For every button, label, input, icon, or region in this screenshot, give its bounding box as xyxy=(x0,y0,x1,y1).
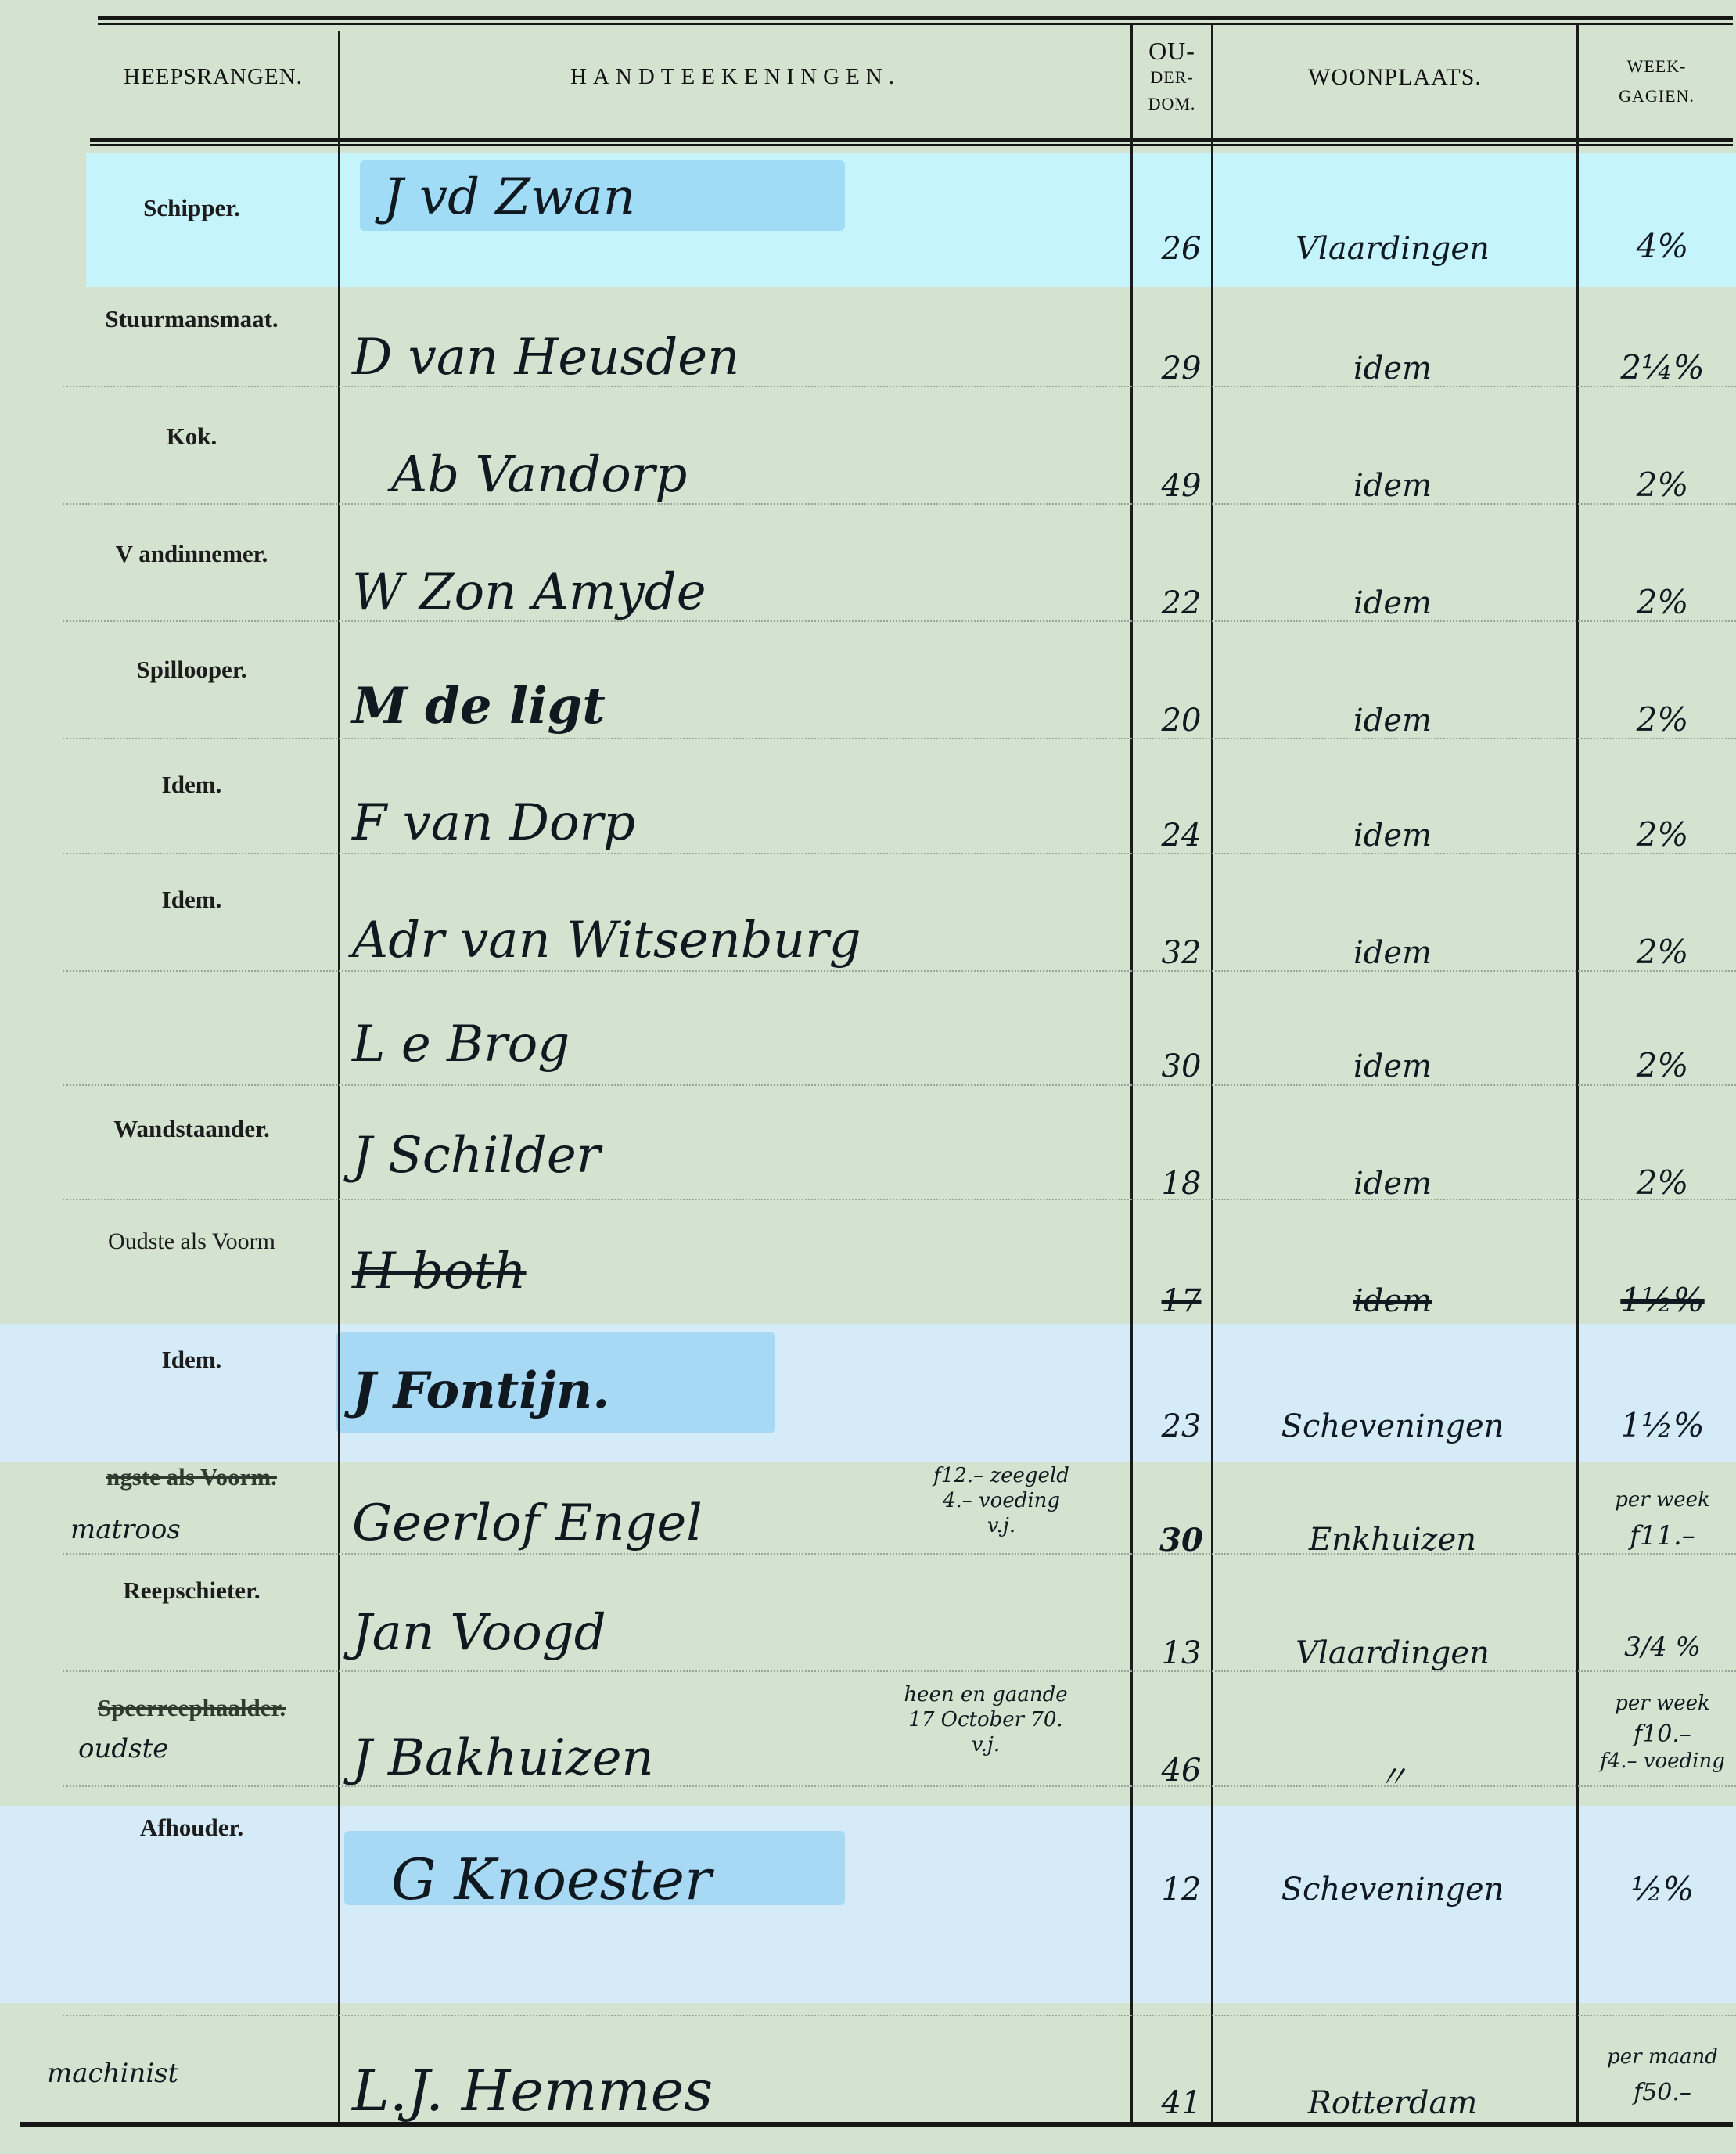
signature-cell: Ab Vandorp xyxy=(391,446,687,504)
rank-cell: V andinnemer. xyxy=(63,540,321,568)
wage-cell: 1½% xyxy=(1588,1406,1736,1444)
age-cell-struck: 17 xyxy=(1138,1283,1224,1319)
wage-cell: 2% xyxy=(1588,583,1736,621)
wage-line: f11.– xyxy=(1588,1523,1736,1549)
signature-cell: W Zon Amyde xyxy=(352,563,706,621)
rank-cell: Kok. xyxy=(63,423,321,451)
header-wage-line2: GAGIEN. xyxy=(1580,81,1733,111)
bottom-rule xyxy=(20,2122,1733,2127)
wage-cell: ½% xyxy=(1588,1870,1736,1908)
row-separator xyxy=(63,1084,1736,1086)
age-cell: 30 xyxy=(1138,1048,1224,1084)
residence-cell: idem xyxy=(1220,935,1565,971)
header-age-line2: DER- xyxy=(1133,64,1211,91)
wage-cell: 2% xyxy=(1588,933,1736,971)
row-highlight-schipper xyxy=(86,153,1736,287)
age-cell: 24 xyxy=(1138,818,1224,854)
age-cell: 26 xyxy=(1138,231,1224,267)
signature-cell: J Fontijn. xyxy=(352,1361,610,1420)
residence-cell: idem xyxy=(1220,703,1565,739)
wage-cell-struck: 1½% xyxy=(1588,1281,1736,1319)
age-cell: 49 xyxy=(1138,468,1224,504)
signature-note: heen en gaande17 October 70.v.j. xyxy=(868,1682,1103,1757)
top-rule xyxy=(98,16,1733,20)
rank-cell-struck: Speerreephaalder. xyxy=(63,1694,321,1722)
age-cell: 13 xyxy=(1138,1635,1224,1671)
residence-cell: idem xyxy=(1220,585,1565,621)
wage-cell: 2% xyxy=(1588,1046,1736,1084)
wage-cell: 3/4 % xyxy=(1588,1631,1736,1663)
header-bottom-rule xyxy=(90,138,1733,142)
residence-cell-struck: idem xyxy=(1220,1283,1565,1319)
wage-cell: 2% xyxy=(1588,700,1736,739)
wage-cell: per maand f50.– xyxy=(1588,2044,1736,2106)
signature-cell-struck: H both xyxy=(352,1242,527,1300)
header-age-line3: DOM. xyxy=(1133,91,1211,117)
age-cell: 32 xyxy=(1138,935,1224,971)
rank-cell: Stuurmansmaat. xyxy=(63,305,321,333)
header-rank: HEEPSRANGEN. xyxy=(94,64,332,90)
residence-cell: Scheveningen xyxy=(1220,1408,1565,1444)
column-divider xyxy=(1576,23,1579,2124)
residence-cell: Vlaardingen xyxy=(1220,1635,1565,1671)
signature-cell: L e Brog xyxy=(352,1016,570,1073)
rank-cell: Schipper. xyxy=(63,194,321,222)
rank-handwritten: machinist xyxy=(47,2058,235,2089)
signature-cell: J Bakhuizen xyxy=(352,1729,654,1787)
header-bottom-rule-thin xyxy=(90,144,1733,146)
rank-cell-struck: ngste als Voorm. xyxy=(63,1463,321,1491)
rank-cell: Spillooper. xyxy=(63,656,321,684)
residence-cell: idem xyxy=(1220,818,1565,854)
rank-cell: Oudste als Voorm xyxy=(63,1228,321,1255)
age-cell: 29 xyxy=(1138,351,1224,387)
header-wage-line1: WEEK- xyxy=(1580,52,1733,81)
wage-cell: 2% xyxy=(1588,815,1736,854)
wage-line: f50.– xyxy=(1588,2080,1736,2106)
header-age: OU- DER- DOM. xyxy=(1133,38,1211,117)
residence-cell: Scheveningen xyxy=(1220,1872,1565,1908)
age-cell: 12 xyxy=(1138,1872,1224,1908)
wage-cell: per week f11.– xyxy=(1588,1487,1736,1549)
signature-cell: J vd Zwan xyxy=(383,168,635,226)
age-cell: 46 xyxy=(1138,1753,1224,1789)
header-residence: WOONPLAATS. xyxy=(1214,64,1576,91)
signature-cell: Jan Voogd xyxy=(352,1604,606,1662)
column-divider xyxy=(1130,23,1133,2124)
rank-cell: Idem. xyxy=(63,771,321,799)
rank-handwritten: matroos xyxy=(70,1514,227,1545)
signature-cell: Geerlof Engel xyxy=(352,1494,703,1552)
header-signatures: HANDTEEKENINGEN. xyxy=(344,64,1127,90)
signature-note: f12.– zeegeld4.– voedingv.j. xyxy=(884,1463,1119,1538)
age-cell: 30 xyxy=(1138,1522,1224,1559)
signature-cell: G Knoester xyxy=(391,1847,711,1912)
residence-cell: Vlaardingen xyxy=(1220,231,1565,267)
rank-cell: Idem. xyxy=(63,886,321,914)
residence-cell: idem xyxy=(1220,351,1565,387)
wage-cell: 4% xyxy=(1588,227,1736,265)
residence-cell: Rotterdam xyxy=(1220,2085,1565,2121)
rank-cell: Reepschieter. xyxy=(63,1577,321,1605)
signature-cell: F van Dorp xyxy=(352,794,635,852)
column-divider xyxy=(338,31,340,2124)
rank-cell: Wandstaander. xyxy=(63,1115,321,1143)
age-cell: 41 xyxy=(1138,2085,1224,2121)
residence-cell: idem xyxy=(1220,1048,1565,1084)
residence-cell: idem xyxy=(1220,1166,1565,1202)
age-cell: 18 xyxy=(1138,1166,1224,1202)
wage-cell: 2% xyxy=(1588,1163,1736,1202)
signature-cell: Adr van Witsenburg xyxy=(352,912,861,969)
age-cell: 20 xyxy=(1138,703,1224,739)
wage-cell: 2¼% xyxy=(1588,348,1736,387)
wage-line: per week xyxy=(1588,1690,1736,1717)
residence-cell: 〃 xyxy=(1220,1753,1565,1797)
rank-cell: Idem. xyxy=(63,1346,321,1374)
age-cell: 22 xyxy=(1138,585,1224,621)
wage-cell: per week f10.– f4.– voeding xyxy=(1588,1690,1736,1775)
wage-cell: 2% xyxy=(1588,466,1736,504)
row-separator xyxy=(63,2015,1736,2016)
rank-cell: Afhouder. xyxy=(63,1814,321,1842)
top-rule-thin xyxy=(98,23,1733,25)
signature-cell: J Schilder xyxy=(352,1127,600,1185)
rank-handwritten: oudste xyxy=(78,1733,282,1764)
wage-line: per maand xyxy=(1588,2044,1736,2070)
age-cell: 23 xyxy=(1138,1408,1224,1444)
wage-line: per week xyxy=(1588,1487,1736,1513)
signature-cell: D van Heusden xyxy=(352,329,739,387)
signature-cell: M de ligt xyxy=(352,677,606,735)
wage-line: f10.– xyxy=(1588,1721,1736,1748)
residence-cell: idem xyxy=(1220,468,1565,504)
residence-cell: Enkhuizen xyxy=(1220,1522,1565,1558)
header-wage: WEEK- GAGIEN. xyxy=(1580,52,1733,111)
header-age-line1: OU- xyxy=(1133,38,1211,64)
wage-line: f4.– voeding xyxy=(1588,1748,1736,1775)
signature-cell: L.J. Hemmes xyxy=(352,2058,713,2123)
